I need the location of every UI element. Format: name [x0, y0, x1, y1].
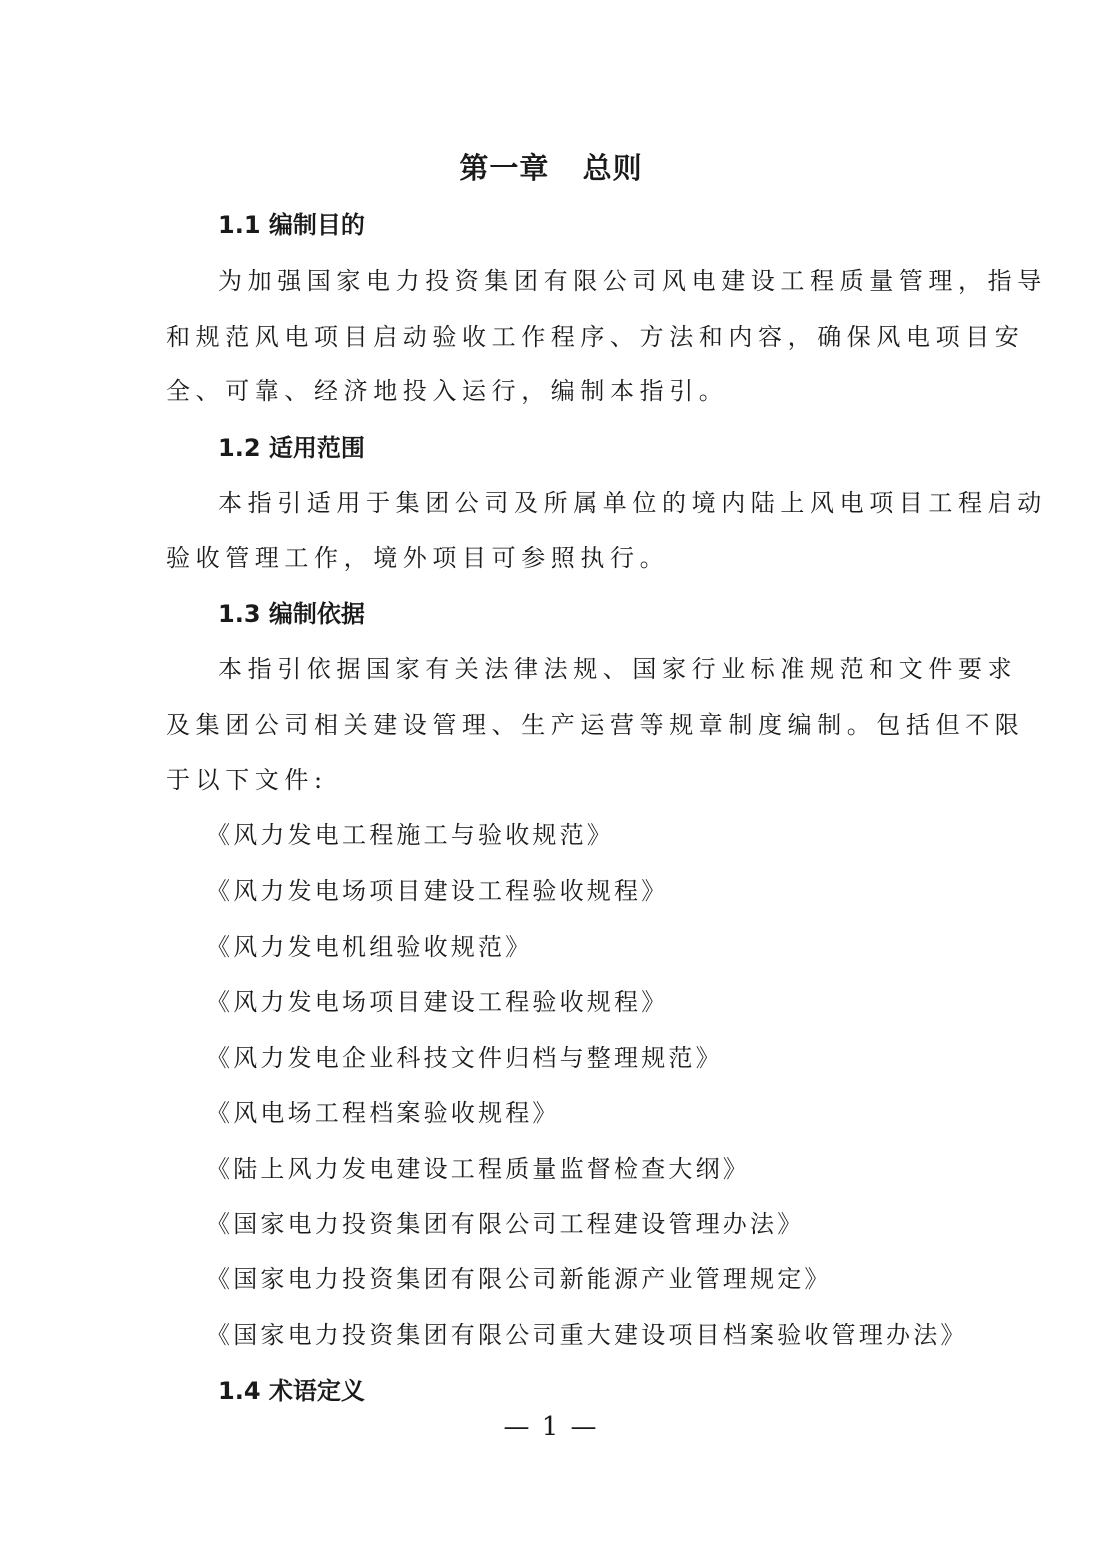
reference-item: 《风力发电场项目建设工程验收规程》: [206, 876, 668, 906]
document-page: 第一章 总则 1.1 编制目的 为加强国家电力投资集团有限公司风电建设工程质量管…: [0, 0, 1102, 1559]
reference-item: 《国家电力投资集团有限公司重大建设项目档案验收管理办法》: [206, 1320, 968, 1350]
reference-item: 《风电场工程档案验收规程》: [206, 1098, 560, 1128]
chapter-title: 第一章 总则: [0, 146, 1102, 187]
section-heading-1-1: 1.1 编制目的: [218, 210, 365, 240]
paragraph-line: 为加强国家电力投资集团有限公司风电建设工程质量管理，指导: [218, 266, 1047, 296]
reference-item: 《风力发电场项目建设工程验收规程》: [206, 987, 668, 1017]
reference-item: 《风力发电机组验收规范》: [206, 932, 532, 962]
page-number: — 1 —: [0, 1412, 1102, 1442]
reference-item: 《风力发电工程施工与验收规范》: [206, 820, 614, 850]
paragraph-line: 和规范风电项目启动验收工作程序、方法和内容，确保风电项目安: [166, 322, 1024, 352]
reference-item: 《风力发电企业科技文件归档与整理规范》: [206, 1043, 723, 1073]
section-heading-1-4: 1.4 术语定义: [218, 1376, 365, 1406]
reference-item: 《陆上风力发电建设工程质量监督检查大纲》: [206, 1154, 750, 1184]
reference-item: 《国家电力投资集团有限公司工程建设管理办法》: [206, 1209, 804, 1239]
paragraph-line: 本指引依据国家有关法律法规、国家行业标准规范和文件要求: [218, 654, 1017, 684]
paragraph-line: 及集团公司相关建设管理、生产运营等规章制度编制。包括但不限: [166, 710, 1024, 740]
paragraph-line: 于以下文件:: [166, 765, 328, 795]
paragraph-line: 本指引适用于集团公司及所属单位的境内陆上风电项目工程启动: [218, 488, 1047, 518]
reference-item: 《国家电力投资集团有限公司新能源产业管理规定》: [206, 1264, 832, 1294]
paragraph-line: 验收管理工作，境外项目可参照执行。: [166, 543, 669, 573]
section-heading-1-3: 1.3 编制依据: [218, 599, 365, 629]
paragraph-line: 全、可靠、经济地投入运行，编制本指引。: [166, 376, 728, 406]
section-heading-1-2: 1.2 适用范围: [218, 433, 365, 463]
